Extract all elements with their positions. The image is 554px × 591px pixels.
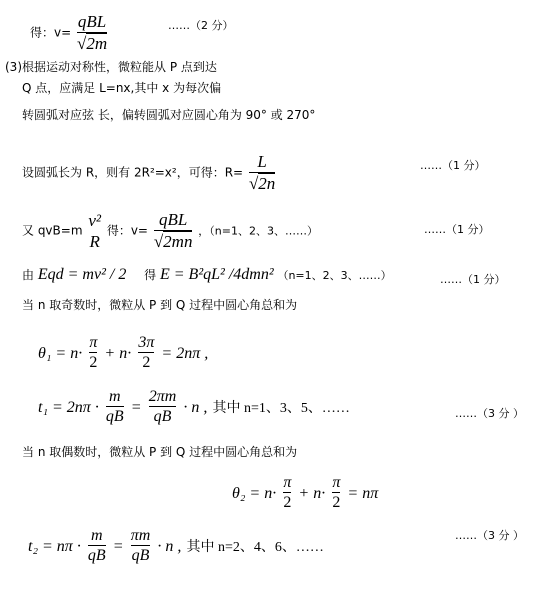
numerator: πm — [131, 527, 151, 545]
text: 得：v= — [107, 224, 148, 238]
text: t₂ = nπ · — [28, 538, 81, 555]
fraction: v² R — [88, 211, 101, 251]
theta2-equation: θ₂ = n· π2 + n· π2 = nπ — [232, 474, 378, 513]
fraction: πmqB — [131, 527, 151, 566]
energy-result: 由 Eqd = mv² / 2 得 E = B²qL² /4dmn² （n=1、… — [22, 268, 392, 283]
t2-equation: t₂ = nπ · mqB = πmqB · n , 其中 n=2、4、6、…… — [28, 527, 324, 566]
numerator: π — [89, 334, 97, 352]
velocity-n-result: 又 qvB=m v² R 得：v= qBL √2mn ，（n=1、2、3、……） — [22, 210, 318, 252]
fraction: mqB — [88, 527, 106, 566]
text: （n=1、2、3、……） — [277, 269, 391, 282]
fraction: 2πmqB — [149, 388, 177, 427]
numerator: v² — [88, 211, 101, 231]
denominator: qB — [149, 406, 177, 426]
text: = nπ — [347, 485, 378, 502]
text: 其中 n=2、4、6、…… — [186, 540, 323, 555]
radicand: 2mn — [163, 231, 192, 251]
text: θ₁ = n· — [38, 345, 82, 362]
denominator: qB — [88, 545, 106, 565]
denominator: qB — [106, 406, 124, 426]
text: = — [113, 538, 124, 555]
text: = — [131, 399, 142, 416]
fraction: qBL √2mn — [154, 210, 193, 252]
equation: Eqd = mv² / 2 — [38, 266, 126, 283]
fraction: L √2n — [249, 152, 275, 194]
fraction: π2 — [89, 334, 97, 373]
text: · n , — [183, 399, 207, 416]
fraction: π2 — [283, 474, 291, 513]
even-case-text: 当 n 取偶数时，微粒从 P 到 Q 过程中圆心角总和为 — [22, 445, 297, 459]
fraction: mqB — [106, 388, 124, 427]
numerator: qBL — [154, 210, 193, 230]
numerator: m — [88, 527, 106, 545]
text: t₁ = 2nπ · — [38, 399, 99, 416]
numerator: m — [106, 388, 124, 406]
text: 得 — [144, 268, 156, 282]
numerator: L — [249, 152, 275, 172]
fraction: 3π2 — [138, 334, 154, 373]
score-2: ……（2 分） — [168, 17, 234, 33]
denominator: 2 — [283, 492, 291, 512]
text: 由 — [22, 268, 34, 282]
numerator: π — [332, 474, 340, 492]
numerator: qBL — [77, 12, 107, 32]
numerator: 3π — [138, 334, 154, 352]
denominator: 2 — [332, 492, 340, 512]
score-3b: ……（3 分 ） — [455, 527, 524, 543]
theta1-equation: θ₁ = n· π2 + n· 3π2 = 2nπ , — [38, 334, 208, 373]
denominator: √2m — [77, 32, 107, 55]
text: + n· — [104, 345, 131, 362]
text: · n , — [157, 538, 181, 555]
denominator: 2 — [89, 352, 97, 372]
fraction: qBL √2m — [77, 12, 107, 54]
equation: E = B²qL² /4dmn² — [160, 266, 274, 283]
text: ，（n=1、2、3、……） — [198, 225, 318, 238]
score-1b: ……（1 分） — [424, 221, 490, 237]
radius-result: 设圆弧长为 R，则有 2R²=x²，可得：R= L √2n — [22, 152, 277, 194]
t1-equation: t₁ = 2nπ · mqB = 2πmqB · n , 其中 n=1、3、5、… — [38, 388, 350, 427]
paragraph-3-cont: Q 点，应满足 L=nx,其中 x 为每次偏 — [22, 81, 221, 95]
score-1c: ……（1 分） — [440, 271, 506, 287]
text: + n· — [298, 485, 325, 502]
text: 又 qvB=m — [22, 224, 83, 238]
fraction: π2 — [332, 474, 340, 513]
denominator: qB — [131, 545, 151, 565]
numerator: 2πm — [149, 388, 177, 406]
numerator: π — [283, 474, 291, 492]
radicand: 2n — [258, 173, 275, 193]
score-1a: ……（1 分） — [420, 157, 486, 173]
score-3a: ……（3 分 ） — [455, 405, 524, 421]
text: 设圆弧长为 R，则有 2R²=x²，可得：R= — [22, 166, 243, 180]
denominator: √2mn — [154, 230, 193, 253]
denominator: R — [88, 231, 101, 252]
chord-angle-text: 转圆弧对应弦 长，偏转圆弧对应圆心角为 90° 或 270° — [22, 108, 315, 122]
paragraph-3: (3)根据运动对称性，微粒能从 P 点到达 — [5, 60, 217, 74]
text: θ₂ = n· — [232, 485, 276, 502]
denominator: 2 — [138, 352, 154, 372]
radicand: 2m — [86, 33, 107, 53]
text: 得：v= — [30, 26, 71, 40]
text: = 2nπ , — [161, 345, 208, 362]
velocity-result: 得：v= qBL √2m — [30, 12, 109, 54]
denominator: √2n — [249, 172, 275, 195]
text: 其中 n=1、3、5、…… — [212, 401, 349, 416]
odd-case-text: 当 n 取奇数时，微粒从 P 到 Q 过程中圆心角总和为 — [22, 298, 297, 312]
